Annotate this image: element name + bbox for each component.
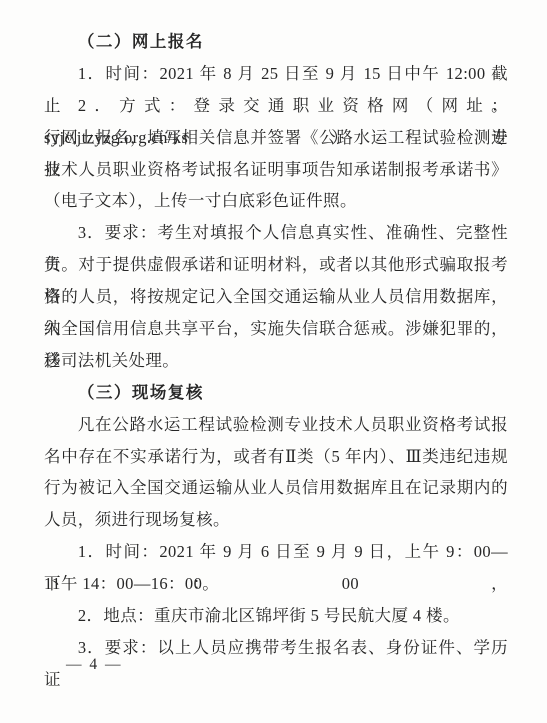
document-line: 行为被记入全国交通运输从业人员信用数据库且在记录期内的 (44, 472, 508, 504)
document-line: 2．方式：登录交通职业资格网（网址：syjc.jtzyzg.org.cn/ks）… (44, 90, 508, 122)
document-line: 名中存在不实承诺行为，或者有Ⅱ类（5 年内）、Ⅲ类违纪违规 (44, 441, 508, 473)
document-line: （电子文本），上传一寸白底彩色证件照。 (44, 185, 508, 217)
document-line: 1．时间：2021 年 8 月 25 日至 9 月 15 日中午 12:00 截… (44, 58, 508, 90)
document-line: 行网上报名，填写相关信息并签署《公路水运工程试验检测专业 (44, 122, 508, 154)
section-heading-onsite-review: （三）现场复核 (44, 377, 508, 409)
document-line: 1．时间：2021 年 9 月 6 日至 9 月 9 日，上午 9：00—11：… (44, 536, 508, 568)
section-heading-online-registration: （二）网上报名 (44, 26, 508, 58)
document-line: 2．地点：重庆市渝北区锦坪街 5 号民航大厦 4 楼。 (44, 600, 508, 632)
document-page: （二）网上报名 1．时间：2021 年 8 月 25 日至 9 月 15 日中午… (0, 0, 547, 723)
document-line: 凡在公路水运工程试验检测专业技术人员职业资格考试报 (44, 409, 508, 441)
document-line: 3．要求：考生对填报个人信息真实性、准确性、完整性负 (44, 217, 508, 249)
document-line: 入全国信用信息共享平台，实施失信联合惩戒。涉嫌犯罪的，移 (44, 313, 508, 345)
page-number: — 4 — (66, 654, 123, 676)
document-line: 格的人员，将按规定记入全国交通运输从业人员信用数据库，纳 (44, 281, 508, 313)
document-line: 送司法机关处理。 (44, 345, 508, 377)
document-line: 责。对于提供虚假承诺和证明材料，或者以其他形式骗取报考资 (44, 249, 508, 281)
document-line: 技术人员职业资格考试报名证明事项告知承诺制报考承诺书》 (44, 154, 508, 186)
document-line: 人员，须进行现场复核。 (44, 504, 508, 536)
document-body: （二）网上报名 1．时间：2021 年 8 月 25 日至 9 月 15 日中午… (44, 26, 508, 664)
